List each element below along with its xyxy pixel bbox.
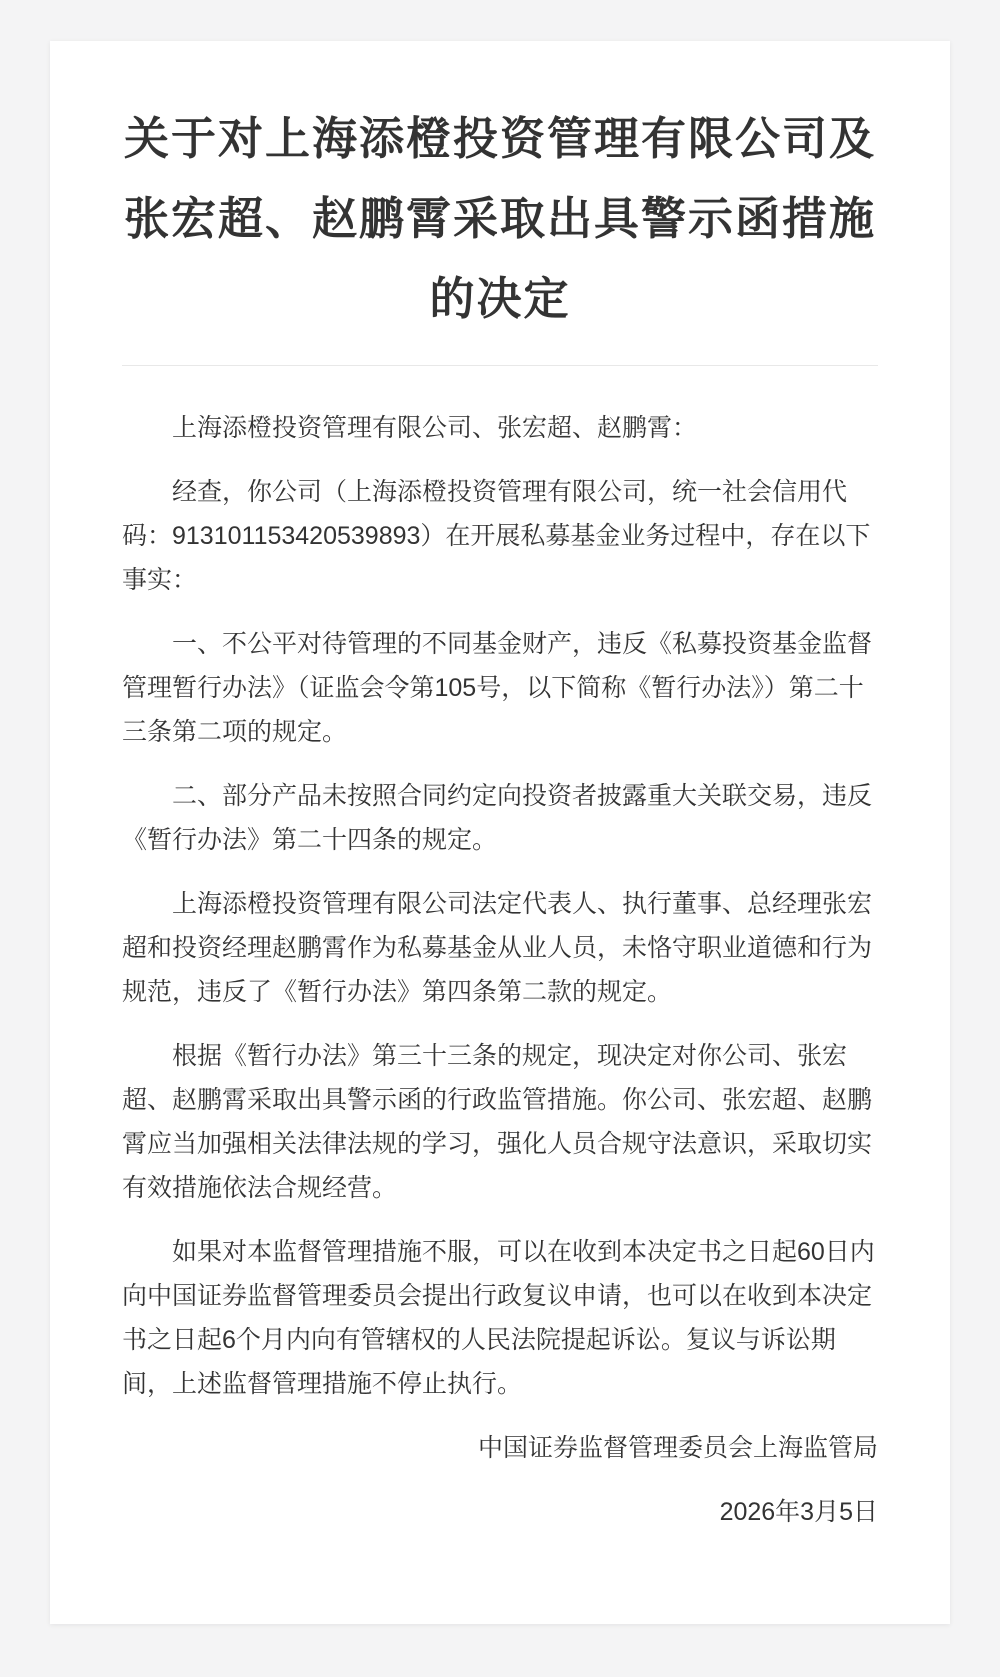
- salutation-line: 上海添橙投资管理有限公司、张宏超、赵鹏霄：: [122, 406, 878, 450]
- title-divider: [122, 365, 878, 366]
- paragraph-personnel-violation: 上海添橙投资管理有限公司法定代表人、执行董事、总经理张宏超和投资经理赵鹏霄作为私…: [122, 882, 878, 1014]
- issue-date: 2026年3月5日: [122, 1490, 878, 1534]
- paragraph-facts-intro: 经查，你公司（上海添橙投资管理有限公司，统一社会信用代码：91310115342…: [122, 470, 878, 602]
- paragraph-appeal-rights: 如果对本监督管理措施不服，可以在收到本决定书之日起60日内向中国证券监督管理委员…: [122, 1230, 878, 1406]
- signature-block: 中国证券监督管理委员会上海监管局 2026年3月5日: [122, 1426, 878, 1534]
- document-card: 关于对上海添橙投资管理有限公司及张宏超、赵鹏霄采取出具警示函措施的决定 上海添橙…: [50, 41, 950, 1624]
- paragraph-decision: 根据《暂行办法》第三十三条的规定，现决定对你公司、张宏超、赵鹏霄采取出具警示函的…: [122, 1034, 878, 1210]
- paragraph-fact-two: 二、部分产品未按照合同约定向投资者披露重大关联交易，违反《暂行办法》第二十四条的…: [122, 774, 878, 862]
- issuing-authority: 中国证券监督管理委员会上海监管局: [122, 1426, 878, 1470]
- document-title: 关于对上海添橙投资管理有限公司及张宏超、赵鹏霄采取出具警示函措施的决定: [122, 99, 878, 339]
- paragraph-fact-one: 一、不公平对待管理的不同基金财产，违反《私募投资基金监督管理暂行办法》（证监会令…: [122, 622, 878, 754]
- page-background: { "document": { "title": "关于对上海添橙投资管理有限公…: [0, 0, 1000, 1677]
